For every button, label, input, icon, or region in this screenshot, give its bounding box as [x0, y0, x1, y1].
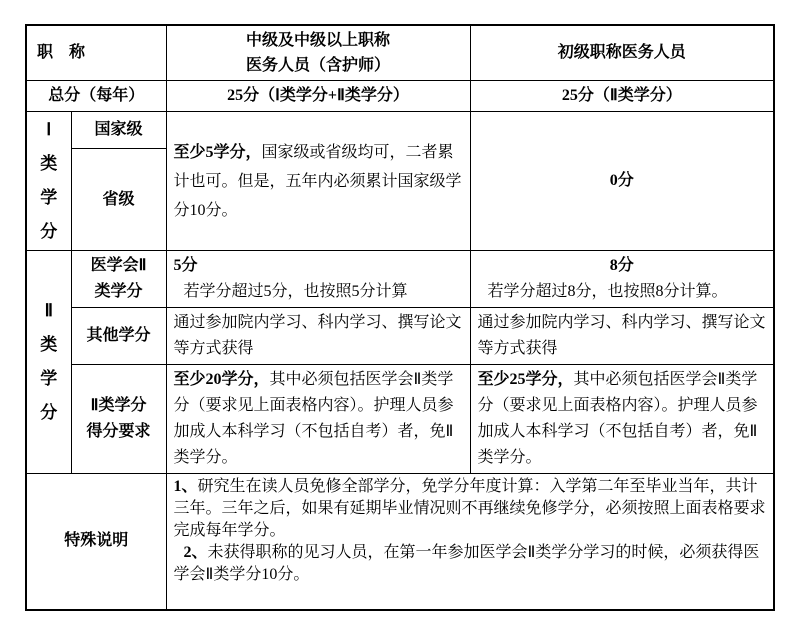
- cell-other-label: 其他学分: [71, 308, 166, 365]
- cell-class1-national: 国家级: [71, 112, 166, 149]
- requirement-mid-bold: 至少20学分，: [174, 371, 270, 388]
- cell-total-right: 25分（Ⅱ类学分）: [470, 81, 774, 112]
- cell-class1-right-score: 0分: [470, 112, 774, 251]
- class2-requirement-row: Ⅱ类学分 得分要求 至少20学分，其中必须包括医学会Ⅱ类学分（要求见上面表格内容…: [26, 365, 774, 474]
- cell-requirement-right: 至少25学分，其中必须包括医学会Ⅱ类学分（要求见上面表格内容）。护理人员参加成人…: [470, 365, 774, 474]
- cell-requirement-label: Ⅱ类学分 得分要求: [71, 365, 166, 474]
- class2-association-row: Ⅱ 类 学 分 医学会Ⅱ 类学分 5分 若学分超过5分，也按照5分计算 8分 若…: [26, 251, 774, 308]
- special-note-2-text: 未获得职称的见习人员，在第一年参加医学会Ⅱ类学分学习的时候，必须获得医学会Ⅱ类学…: [174, 544, 760, 583]
- cell-other-mid: 通过参加院内学习、科内学习、撰写论文等方式获得: [166, 308, 470, 365]
- special-note-1: 1、研究生在读人员免修全部学分，免学分年度计算：入学第二年至毕业当年，共计三年。…: [174, 476, 767, 542]
- special-note-1-text: 研究生在读人员免修全部学分，免学分年度计算：入学第二年至毕业当年，共计三年。三年…: [174, 478, 766, 539]
- association-mid-note: 若学分超过5分，也按照5分计算: [174, 279, 463, 305]
- association-right-note: 若学分超过8分，也按照8分计算。: [478, 279, 767, 305]
- cell-class1-requirement: 至少5学分，国家级或省级均可，二者累计也可。但是，五年内必须累计国家级学分10分…: [166, 112, 470, 251]
- special-note-1-number: 1、: [174, 478, 198, 495]
- cell-class1-vertical-label: Ⅰ 类 学 分: [26, 112, 71, 251]
- class2-other-row: 其他学分 通过参加院内学习、科内学习、撰写论文等方式获得 通过参加院内学习、科内…: [26, 308, 774, 365]
- cell-association-label: 医学会Ⅱ 类学分: [71, 251, 166, 308]
- cell-association-right: 8分 若学分超过8分，也按照8分计算。: [470, 251, 774, 308]
- cell-total-mid: 25分（Ⅰ类学分+Ⅱ类学分）: [166, 81, 470, 112]
- class1-national-row: Ⅰ 类 学 分 国家级 至少5学分，国家级或省级均可，二者累计也可。但是，五年内…: [26, 112, 774, 149]
- requirement-right-bold: 至少25学分，: [478, 371, 574, 388]
- cell-requirement-mid: 至少20学分，其中必须包括医学会Ⅱ类学分（要求见上面表格内容）。护理人员参加成人…: [166, 365, 470, 474]
- class2-vertical-label-text: Ⅱ 类 学 分: [27, 294, 71, 430]
- special-note-2-number: 2、: [184, 544, 208, 561]
- cell-total-label: 总分（每年）: [26, 81, 166, 112]
- association-right-score: 8分: [478, 253, 767, 279]
- cell-header-right-title: 初级职称医务人员: [470, 25, 774, 81]
- special-note-2: 2、未获得职称的见习人员，在第一年参加医学会Ⅱ类学分学习的时候，必须获得医学会Ⅱ…: [174, 542, 767, 586]
- cell-association-mid: 5分 若学分超过5分，也按照5分计算: [166, 251, 470, 308]
- cell-class1-provincial: 省级: [71, 149, 166, 251]
- cell-special-label: 特殊说明: [26, 474, 166, 610]
- document-page: 职 称 中级及中级以上职称 医务人员（含护师） 初级职称医务人员 总分（每年） …: [0, 0, 800, 629]
- credit-requirements-table: 职 称 中级及中级以上职称 医务人员（含护师） 初级职称医务人员 总分（每年） …: [25, 24, 775, 611]
- class1-requirement-bold: 至少5学分，: [174, 144, 262, 161]
- total-score-row: 总分（每年） 25分（Ⅰ类学分+Ⅱ类学分） 25分（Ⅱ类学分）: [26, 81, 774, 112]
- cell-job-title: 职 称: [26, 25, 166, 81]
- cell-class2-vertical-label: Ⅱ 类 学 分: [26, 251, 71, 474]
- header-row: 职 称 中级及中级以上职称 医务人员（含护师） 初级职称医务人员: [26, 25, 774, 81]
- class1-vertical-label-text: Ⅰ 类 学 分: [27, 113, 71, 249]
- association-mid-score: 5分: [174, 253, 463, 279]
- cell-header-mid-title: 中级及中级以上职称 医务人员（含护师）: [166, 25, 470, 81]
- special-notes-row: 特殊说明 1、研究生在读人员免修全部学分，免学分年度计算：入学第二年至毕业当年，…: [26, 474, 774, 610]
- cell-other-right: 通过参加院内学习、科内学习、撰写论文等方式获得: [470, 308, 774, 365]
- cell-special-content: 1、研究生在读人员免修全部学分，免学分年度计算：入学第二年至毕业当年，共计三年。…: [166, 474, 774, 610]
